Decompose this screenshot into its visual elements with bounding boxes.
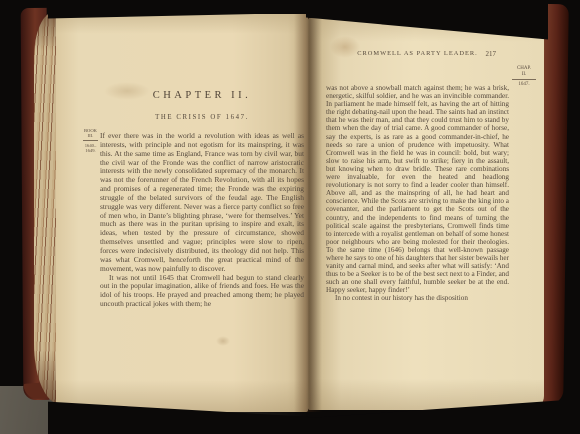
page-number: 217 [486,50,497,58]
running-head-title: CROMWELL AS PARTY LEADER. [326,50,509,57]
right-page-text-column: CROMWELL AS PARTY LEADER. 217 was not ab… [326,50,509,303]
paragraph: It was not until 1645 that Cromwell had … [100,274,304,309]
margin-note-book-number: III. [82,133,99,138]
margin-note-rule [512,79,535,80]
left-page-body: If ever there was in the world a revolut… [100,132,304,309]
left-margin-note: BOOK III. 1640– 1649. [82,128,99,154]
margin-note-rule [83,140,98,141]
paragraph: was not above a snowball match against t… [326,84,509,294]
margin-note-year: 1647. [511,82,537,88]
margin-note-year-end: 1649. [82,148,99,153]
paragraph: In no contest in our history has the dis… [326,294,509,302]
chapter-heading: CHAPTER II. [100,90,304,101]
right-margin-note: CHAP. II. 1647. [511,66,537,87]
margin-note-chapter-number: II. [511,72,537,78]
running-head: CROMWELL AS PARTY LEADER. 217 [326,50,509,59]
book-photo: BOOK III. 1640– 1649. CHAPTER II. THE CR… [0,0,580,434]
left-page-text-column: CHAPTER II. THE CRISIS OF 1647. If ever … [100,90,304,309]
paragraph: If ever there was in the world a revolut… [100,132,304,274]
section-heading: THE CRISIS OF 1647. [100,114,304,121]
right-page-body: was not above a snowball match against t… [326,84,509,303]
